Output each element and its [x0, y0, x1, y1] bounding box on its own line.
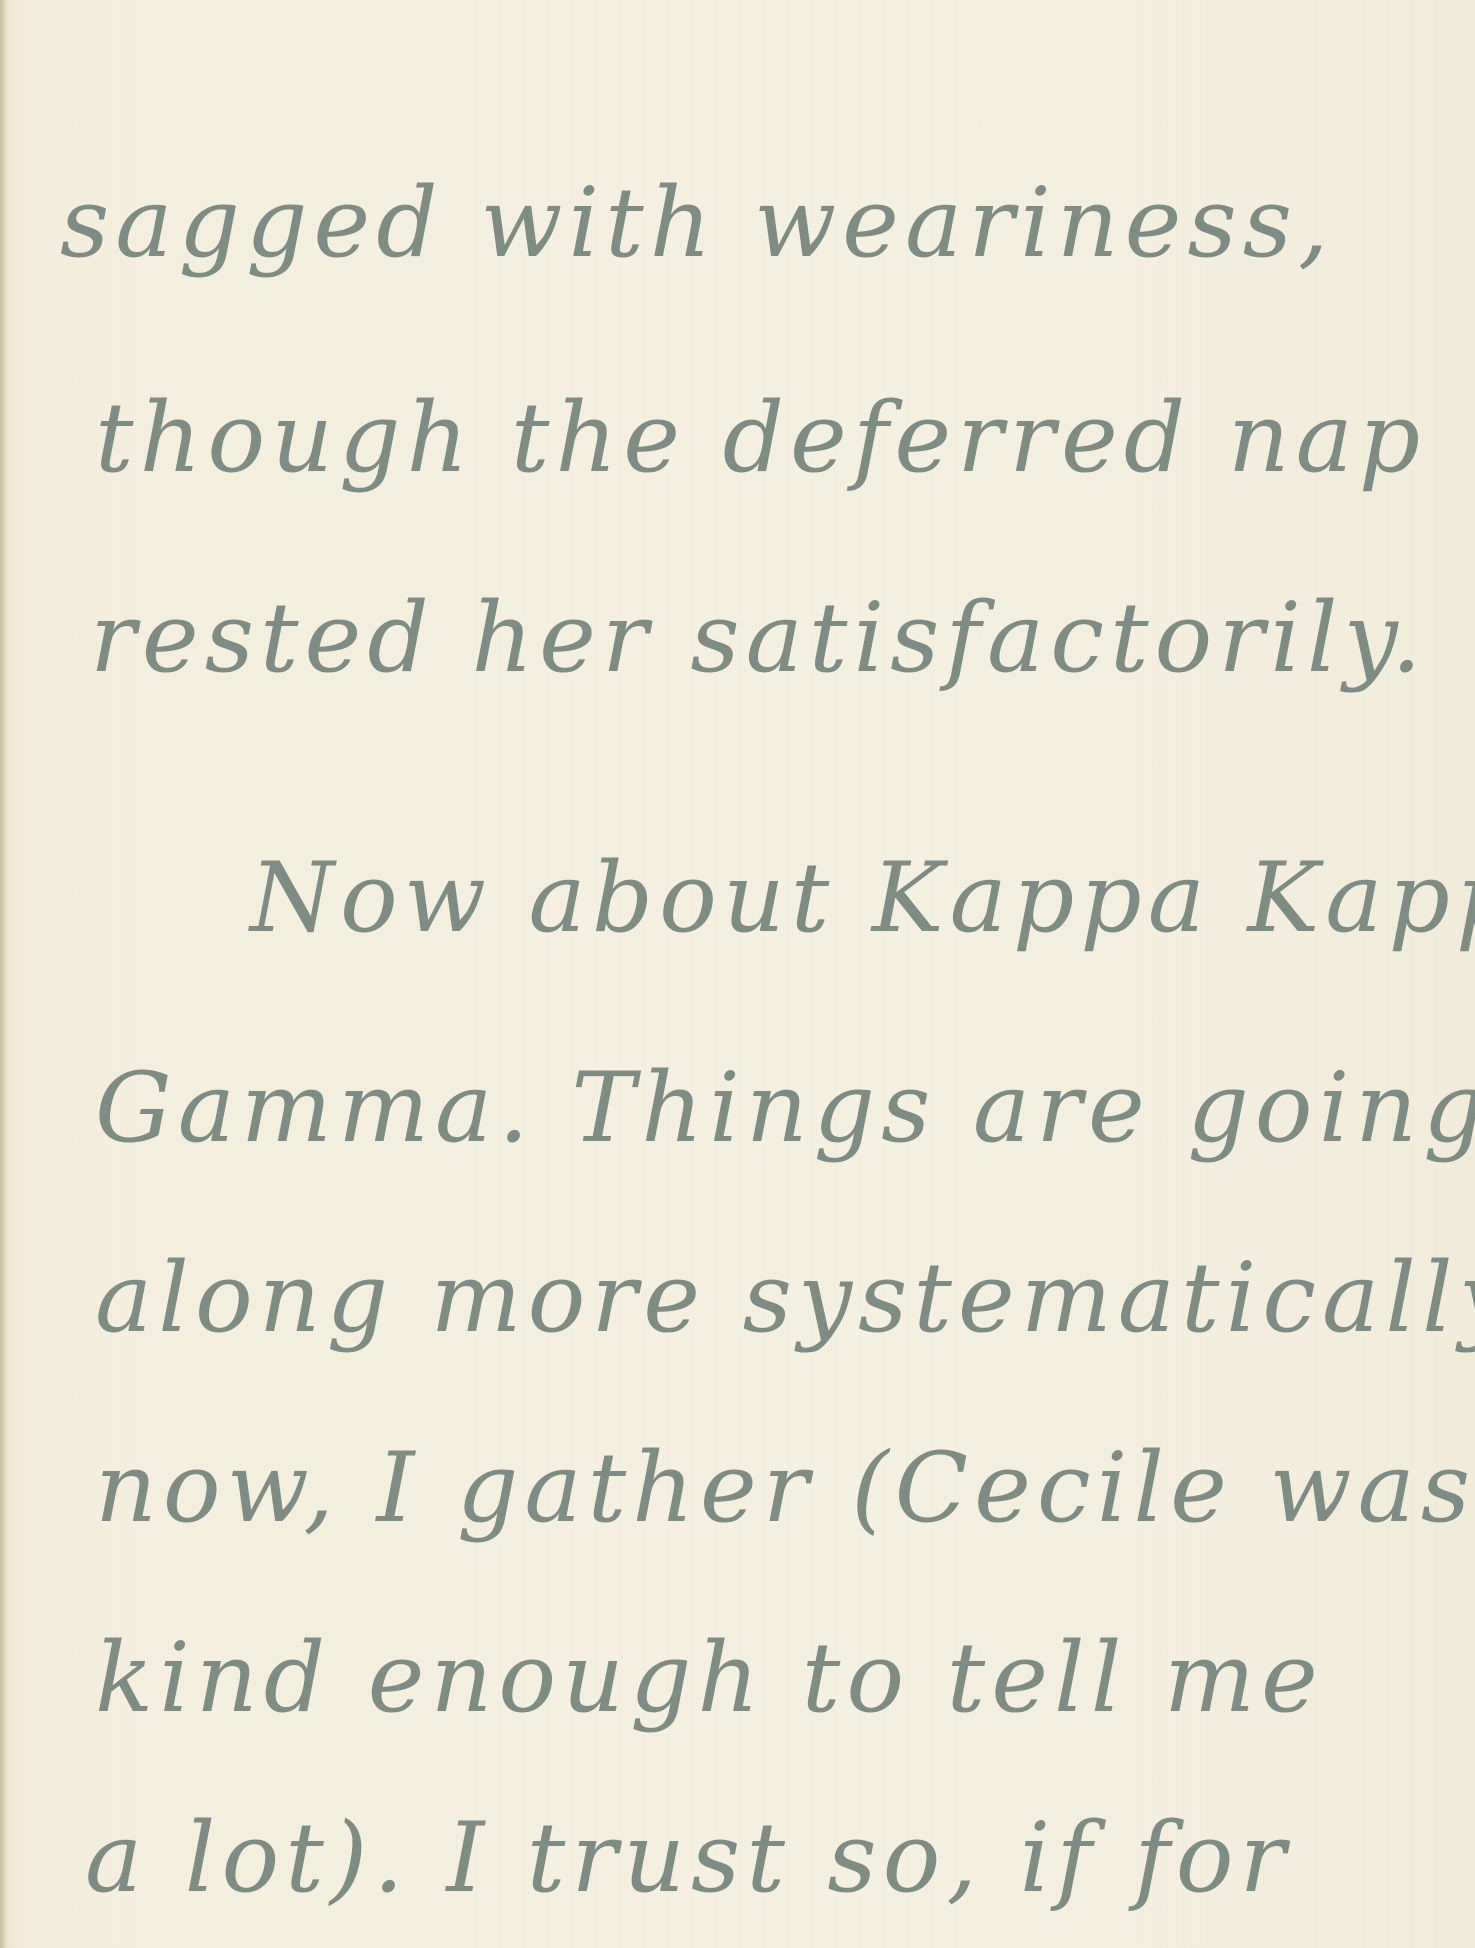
handwritten-line-4: Now about Kappa Kappa	[250, 850, 1475, 946]
handwritten-line-2: though the deferred nap	[95, 390, 1426, 486]
handwritten-line-9: a lot). I trust so, if for	[85, 1810, 1291, 1906]
handwritten-line-1: sagged with weariness,	[60, 175, 1334, 271]
handwritten-line-6: along more systematically	[95, 1250, 1475, 1346]
handwritten-line-7: now, I gather (Cecile was	[95, 1440, 1475, 1536]
letter-page: sagged with weariness, though the deferr…	[0, 0, 1475, 1948]
handwritten-line-3: rested her satisfactorily.	[90, 590, 1428, 686]
handwritten-line-5: Gamma. Things are going	[95, 1060, 1475, 1156]
handwritten-line-8: kind enough to tell me	[95, 1630, 1324, 1726]
paper-edge	[0, 0, 6, 1948]
